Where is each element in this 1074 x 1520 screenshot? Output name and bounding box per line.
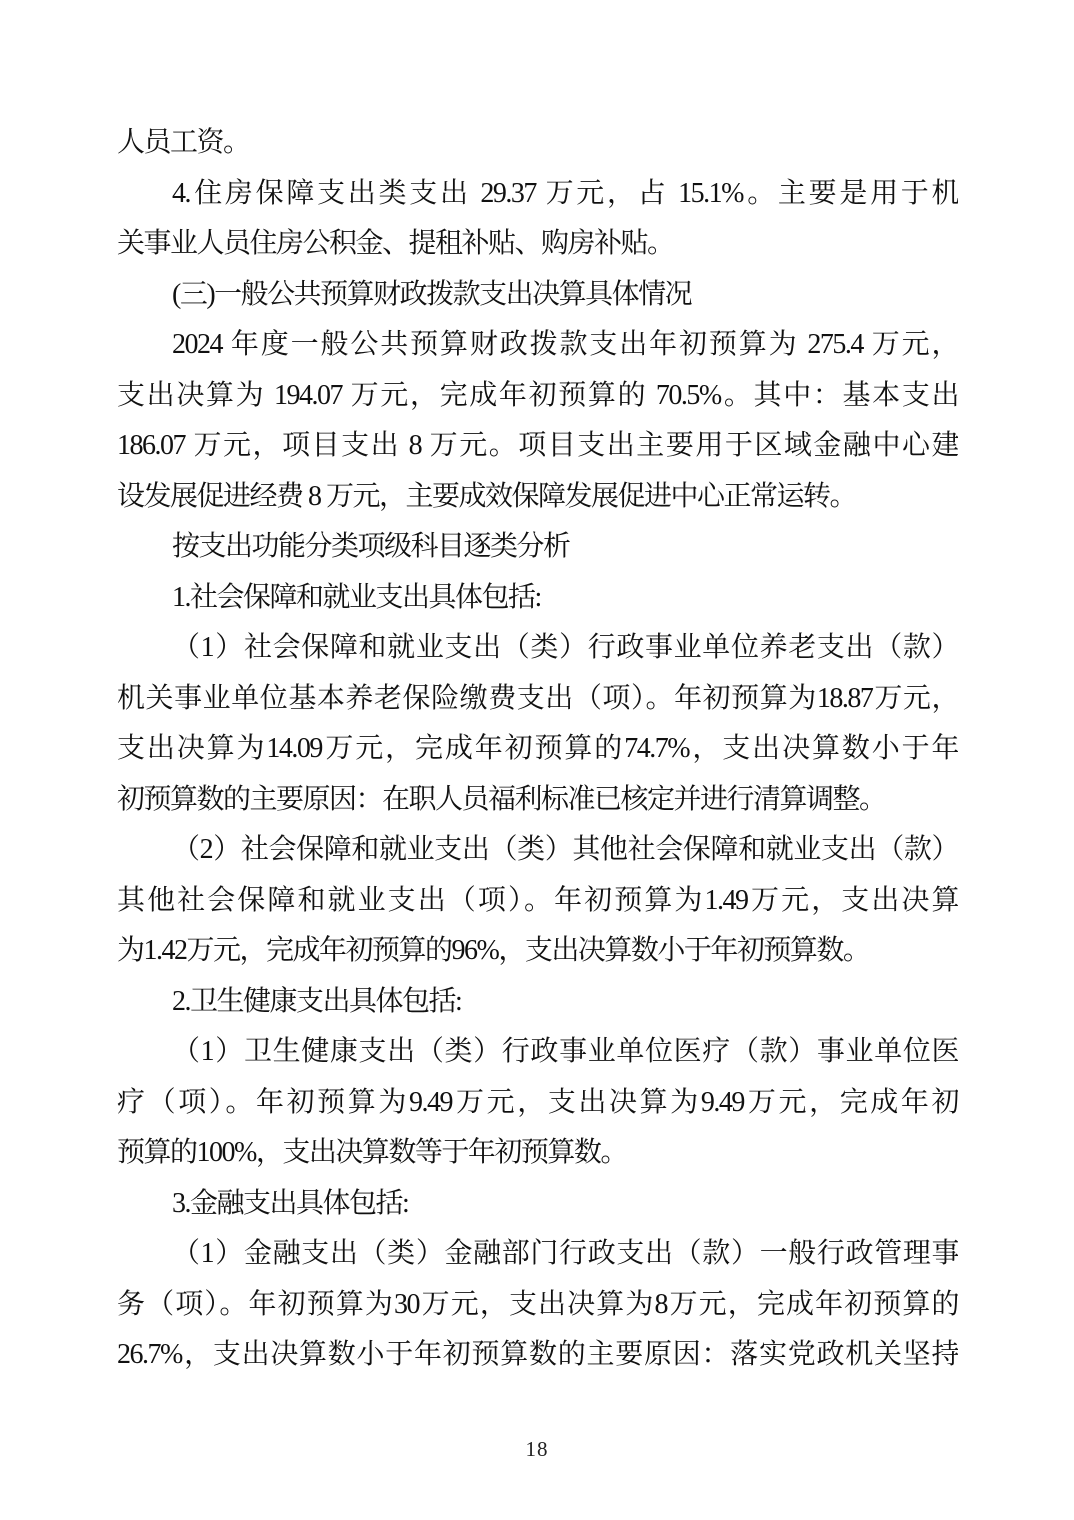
text-line: 26.7%，支出决算数小于年初预算数的主要原因：落实党政机关坚持 (117, 1330, 958, 1381)
text-line: （2）社会保障和就业支出（类）其他社会保障和就业支出（款） (117, 825, 958, 876)
text-line: 3.金融支出具体包括: (117, 1179, 958, 1230)
text-line: 初预算数的主要原因：在职人员福利标准已核定并进行清算调整。 (117, 775, 958, 826)
page-number: 18 (526, 1437, 549, 1461)
text-line: 关事业人员住房公积金、提租补贴、购房补贴。 (117, 219, 958, 270)
page-footer: 18 (0, 1437, 1074, 1462)
text-line: 186.07 万元，项目支出 8 万元。项目支出主要用于区域金融中心建 (117, 421, 958, 472)
text-line: 预算的100%，支出决算数等于年初预算数。 (117, 1128, 958, 1179)
text-line: 务（项）。年初预算为30万元，支出决算为8万元，完成年初预算的 (117, 1280, 958, 1331)
text-line: 支出决算为14.09万元，完成年初预算的74.7%，支出决算数小于年 (117, 724, 958, 775)
section-heading: (三)一般公共预算财政拨款支出决算具体情况 (117, 270, 958, 321)
text-line: 2024 年度一般公共预算财政拨款支出年初预算为 275.4 万元， (117, 320, 958, 371)
text-line: （1）社会保障和就业支出（类）行政事业单位养老支出（款） (117, 623, 958, 674)
text-line: （1）金融支出（类）金融部门行政支出（款）一般行政管理事 (117, 1229, 958, 1280)
text-line: 1.社会保障和就业支出具体包括: (117, 573, 958, 624)
text-line: 疗（项）。年初预算为9.49万元，支出决算为9.49万元，完成年初 (117, 1078, 958, 1129)
text-line: 4.住房保障支出类支出 29.37 万元，占 15.1%。主要是用于机 (117, 169, 958, 220)
text-line: （1）卫生健康支出（类）行政事业单位医疗（款）事业单位医 (117, 1027, 958, 1078)
text-line: 设发展促进经费 8 万元，主要成效保障发展促进中心正常运转。 (117, 472, 958, 523)
text-line: 2.卫生健康支出具体包括: (117, 977, 958, 1028)
text-line: 支出决算为 194.07 万元，完成年初预算的 70.5%。其中：基本支出 (117, 371, 958, 422)
page-text: 人员工资。4.住房保障支出类支出 29.37 万元，占 15.1%。主要是用于机… (117, 118, 958, 1381)
text-line: 机关事业单位基本养老保险缴费支出（项）。年初预算为18.87万元， (117, 674, 958, 725)
text-line: 其他社会保障和就业支出（项）。年初预算为1.49万元，支出决算 (117, 876, 958, 927)
text-line: 人员工资。 (117, 118, 958, 169)
document-page: 人员工资。4.住房保障支出类支出 29.37 万元，占 15.1%。主要是用于机… (0, 0, 1074, 1520)
text-line: 为1.42万元，完成年初预算的96%，支出决算数小于年初预算数。 (117, 926, 958, 977)
text-line: 按支出功能分类项级科目逐类分析 (117, 522, 958, 573)
